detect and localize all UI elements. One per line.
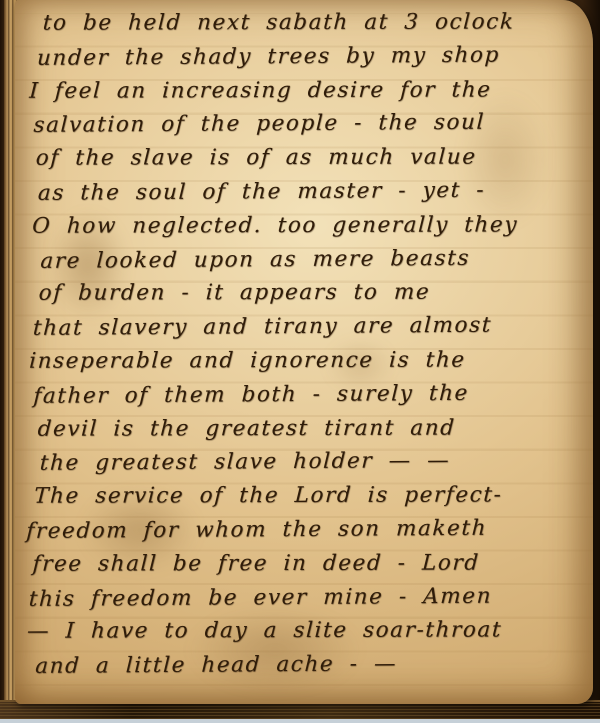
manuscript-line: The service of the Lord is perfect- — [15, 478, 589, 513]
manuscript-line: as the soul of the master - yet - — [13, 173, 587, 211]
manuscript-line: the greatest slave holder — — — [15, 443, 589, 481]
manuscript-photo: { "manuscript": { "lines": [ "to be held… — [0, 0, 600, 723]
manuscript-line: this freedom be ever mine - Amen — [16, 579, 590, 617]
manuscript-line: devil is the greatest tirant and — [15, 411, 589, 446]
manuscript-line: salvation of the people - the soul — [13, 105, 587, 143]
manuscript-line: free shall be free in deed - Lord — [16, 546, 590, 581]
manuscript-line: to be held next sabath at 3 oclock — [12, 5, 586, 40]
manuscript-line: O how neglected. too generally they — [13, 208, 587, 243]
journal-page: to be held next sabath at 3 oclock under… — [15, 0, 593, 704]
manuscript-line: inseperable and ignorence is the — [14, 343, 588, 378]
manuscript-line: — I have to day a slite soar-throat — [16, 614, 590, 649]
handwritten-text-block: to be held next sabath at 3 oclock under… — [13, 4, 590, 684]
manuscript-line: under the shady trees by my shop — [12, 38, 586, 76]
manuscript-line: and a little head ache - — — [16, 646, 590, 684]
manuscript-line: of burden - it appears to me — [14, 276, 588, 311]
manuscript-line: that slavery and tirany are almost — [14, 308, 588, 346]
manuscript-line: freedom for whom the son maketh — [16, 511, 590, 549]
manuscript-line: are looked upon as mere beasts — [14, 241, 588, 279]
manuscript-line: father of them both - surely the — [15, 376, 589, 414]
manuscript-line: of the slave is of as much value — [13, 140, 587, 175]
manuscript-line: I feel an increasing desire for the — [12, 73, 586, 108]
